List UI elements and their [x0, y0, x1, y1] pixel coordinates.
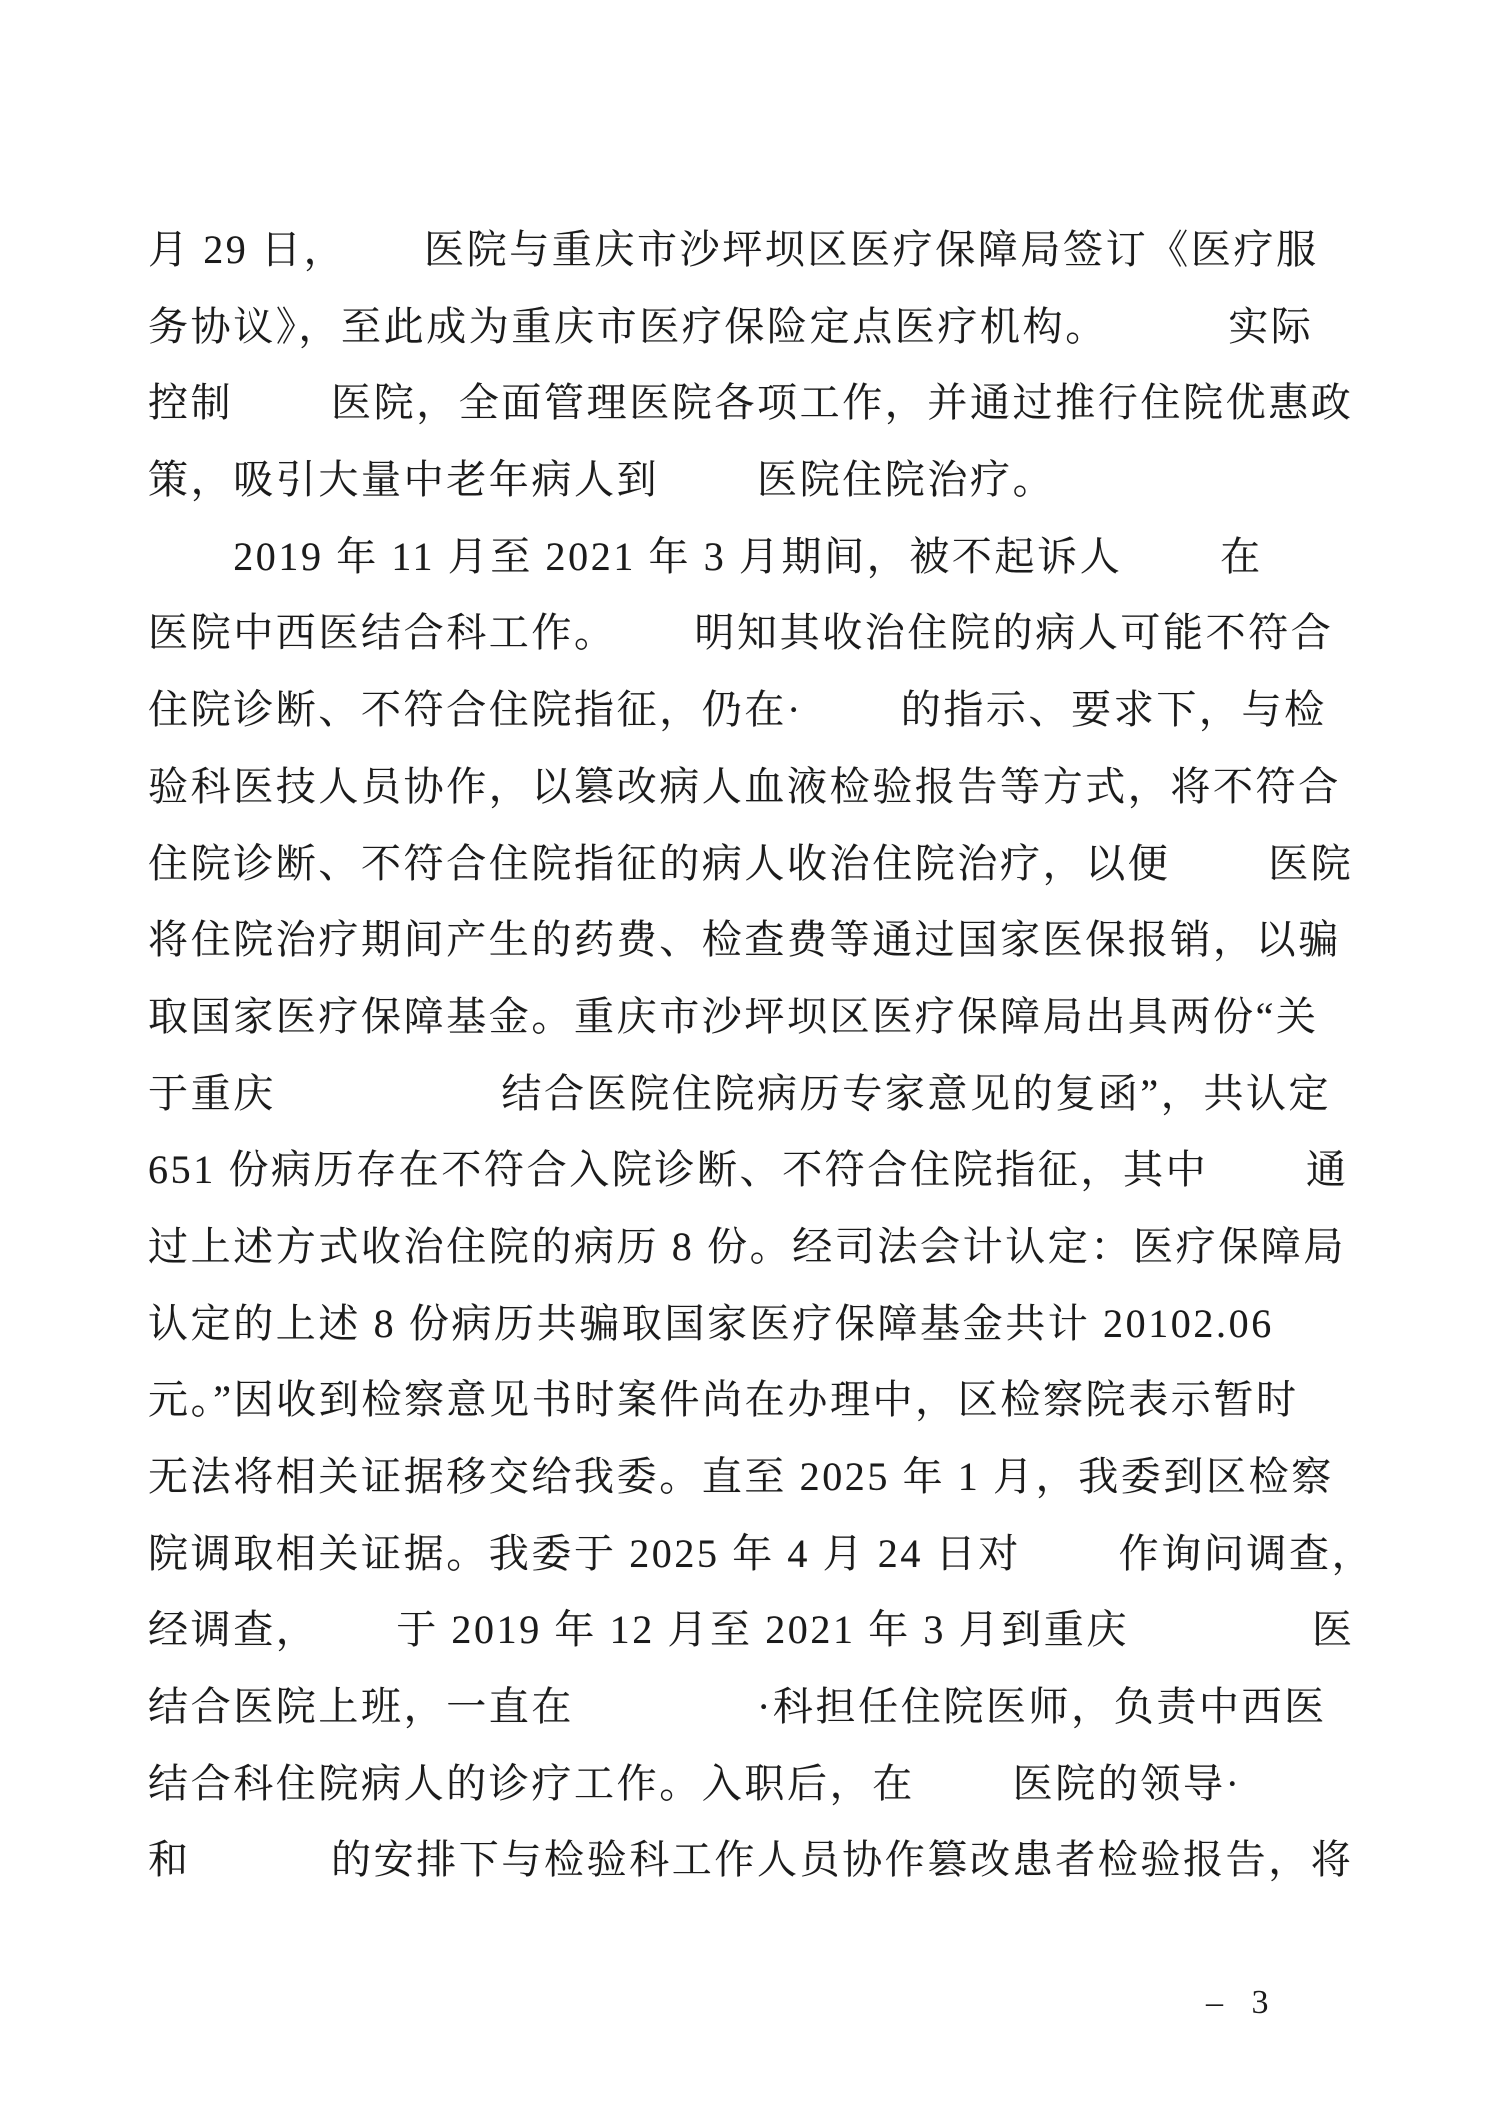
body-text-line: 策，吸引大量中老年病人到 医院住院治疗。	[148, 442, 1358, 519]
body-text-line: 验科医技人员协作，以篡改病人血液检验报告等方式，将不符合	[148, 749, 1358, 826]
body-text-line: 经调查， 于 2019 年 12 月至 2021 年 3 月到重庆 医	[148, 1592, 1358, 1669]
page-number: – 3	[1206, 1984, 1279, 2022]
body-text-line: 651 份病历存在不符合入院诊断、不符合住院指征，其中 通	[148, 1132, 1358, 1209]
body-text-line: 住院诊断、不符合住院指征，仍在· 的指示、要求下，与检	[148, 672, 1358, 749]
body-text-line: 控制 医院，全面管理医院各项工作，并通过推行住院优惠政	[148, 365, 1358, 442]
body-text-block: 月 29 日， 医院与重庆市沙坪坝区医疗保障局签订《医疗服 务协议》，至此成为重…	[148, 212, 1358, 1899]
body-text-line: 2019 年 11 月至 2021 年 3 月期间，被不起诉人 在	[148, 519, 1358, 596]
body-text-line: 将住院治疗期间产生的药费、检查费等通过国家医保报销，以骗	[148, 902, 1358, 979]
body-text-line: 院调取相关证据。我委于 2025 年 4 月 24 日对 作询问调查，	[148, 1516, 1358, 1593]
body-text-line: 于重庆 结合医院住院病历专家意见的复函”，共认定	[148, 1056, 1358, 1133]
body-text-line: 过上述方式收治住院的病历 8 份。经司法会计认定：医疗保障局	[148, 1209, 1358, 1286]
document-page: 月 29 日， 医院与重庆市沙坪坝区医疗保障局签订《医疗服 务协议》，至此成为重…	[0, 0, 1487, 2105]
body-text-line: 住院诊断、不符合住院指征的病人收治住院治疗，以便 医院	[148, 826, 1358, 903]
body-text-line: 认定的上述 8 份病历共骗取国家医疗保障基金共计 20102.06	[148, 1286, 1358, 1363]
body-text-line: 取国家医疗保障基金。重庆市沙坪坝区医疗保障局出具两份“关	[148, 979, 1358, 1056]
body-text-line: 月 29 日， 医院与重庆市沙坪坝区医疗保障局签订《医疗服	[148, 212, 1358, 289]
body-text-line: 务协议》，至此成为重庆市医疗保险定点医疗机构。 实际	[148, 289, 1358, 366]
body-text-line: 结合科住院病人的诊疗工作。入职后，在 医院的领导·	[148, 1746, 1358, 1823]
body-text-line: 和 的安排下与检验科工作人员协作篡改患者检验报告，将	[148, 1822, 1358, 1899]
body-text-line: 无法将相关证据移交给我委。直至 2025 年 1 月，我委到区检察	[148, 1439, 1358, 1516]
body-text-line: 结合医院上班，一直在 ·科担任住院医师，负责中西医	[148, 1669, 1358, 1746]
body-text-line: 医院中西医结合科工作。 明知其收治住院的病人可能不符合	[148, 595, 1358, 672]
body-text-line: 元。”因收到检察意见书时案件尚在办理中，区检察院表示暂时	[148, 1362, 1358, 1439]
